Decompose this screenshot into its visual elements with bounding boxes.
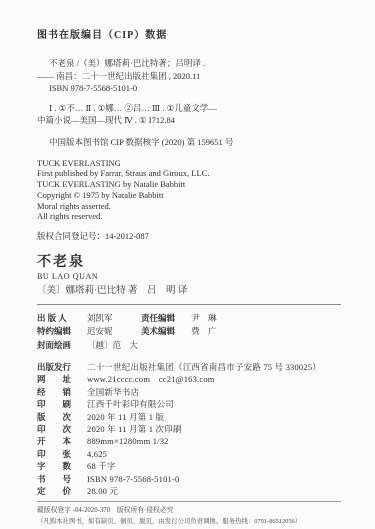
info-value: 4.625 <box>87 448 341 460</box>
provincial-license-line: 赣版权登字 -04-2020-370 版权所有·侵权必究 <box>37 505 341 516</box>
info-label: 网 址 <box>37 373 87 385</box>
credit-label: 责任编辑 <box>141 312 191 325</box>
footer-divider <box>37 501 341 502</box>
title-block: 不老泉 BU LAO QUAN 〔美〕娜塔莉·巴比特 著 吕 明 译 <box>37 255 341 298</box>
credit-value: 尹 琳 <box>191 312 341 325</box>
credit-label: 封面绘画 <box>37 339 87 352</box>
cip-classification: Ⅰ . ①不… Ⅱ . ①娜… ②吕… Ⅲ . ①儿童文学— 中篇小说—美国—现… <box>37 102 341 127</box>
info-label: 书 号 <box>37 473 87 485</box>
credit-row: 封面绘画 〔越〕范 大 <box>37 339 341 352</box>
all-rights-line: All rights reserved. <box>37 211 341 222</box>
book-title: 不老泉 <box>37 255 341 271</box>
info-value: ISBN 978-7-5568-5101-0 <box>87 473 341 485</box>
info-row: 定 价 28.00 元 <box>37 485 341 497</box>
info-value: 889mm×1280mm 1/32 <box>87 435 341 447</box>
cip-class-line2: 中篇小说—美国—现代 Ⅳ . ① I712.84 <box>37 114 341 127</box>
cip-entry-line1: 不老泉 /（美）娜塔莉·巴比特著；吕明译 . <box>37 57 341 70</box>
cip-class-line1: Ⅰ . ①不… Ⅱ . ①娜… ②吕… Ⅲ . ①儿童文学— <box>37 102 341 115</box>
author-translator-byline: 〔美〕娜塔莉·巴比特 著 吕 明 译 <box>37 284 341 298</box>
info-label: 出版发行 <box>37 361 87 373</box>
info-row: 书 号 ISBN 978-7-5568-5101-0 <box>37 473 341 485</box>
cip-entry-line2: —— 南昌：二十一世纪出版社集团 , 2020.11 <box>37 70 341 83</box>
info-label: 版 次 <box>37 411 87 423</box>
info-label: 字 数 <box>37 460 87 472</box>
info-row: 字 数 68 千字 <box>37 460 341 472</box>
original-title: TUCK EVERLASTING <box>37 158 341 169</box>
info-value: 68 千字 <box>87 460 341 472</box>
info-value: www.21cccc.com cc21@163.com <box>87 373 341 385</box>
info-label: 开 本 <box>37 435 87 447</box>
original-title-author-line: TUCK EVERLASTING by Natalie Babbitt <box>37 179 341 190</box>
cip-entry-line3: ISBN 978-7-5568-5101-0 <box>37 82 341 95</box>
info-row: 印 刷 江西千叶彩印有限公司 <box>37 398 341 410</box>
info-value: 2020 年 11 月第 1 次印刷 <box>87 423 341 435</box>
english-copyright-block: TUCK EVERLASTING First published by Farr… <box>37 158 341 223</box>
credit-value: 刘凯军 <box>87 312 139 325</box>
credit-value <box>191 339 341 352</box>
info-value: 2020 年 11 月第 1 版 <box>87 411 341 423</box>
credits-table: 出 版 人 刘凯军 责任编辑 尹 琳 特约编辑 迟安妮 美术编辑 费 广 封面绘… <box>37 312 341 352</box>
info-row: 版 次 2020 年 11 月第 1 版 <box>37 411 341 423</box>
first-published-line: First published by Farrar, Straus and Gi… <box>37 168 341 179</box>
credit-row: 出 版 人 刘凯军 责任编辑 尹 琳 <box>37 312 341 325</box>
info-row: 网 址 www.21cccc.com cc21@163.com <box>37 373 341 385</box>
info-label: 印 次 <box>37 423 87 435</box>
credit-value: 〔越〕范 大 <box>87 339 139 352</box>
credit-value: 费 广 <box>191 325 341 338</box>
credit-value: 迟安妮 <box>87 325 139 338</box>
section-divider <box>37 304 341 305</box>
replacement-service-notice: （凡购本社图书，如有缺页、倒页、脱页，由发行公司负责调换。服务热线：0791-8… <box>37 517 341 527</box>
cip-header: 图书在版编目（CIP）数据 <box>37 26 341 41</box>
copyright-page: 图书在版编目（CIP）数据 不老泉 /（美）娜塔莉·巴比特著；吕明译 . —— … <box>0 0 375 529</box>
cip-entry: 不老泉 /（美）娜塔莉·巴比特著；吕明译 . —— 南昌：二十一世纪出版社集团 … <box>37 57 341 95</box>
info-label: 定 价 <box>37 485 87 497</box>
footer-block: 赣版权登字 -04-2020-370 版权所有·侵权必究 （凡购本社图书，如有缺… <box>37 505 341 527</box>
info-row: 印 张 4.625 <box>37 448 341 460</box>
info-row: 经 销 全国新华书店 <box>37 386 341 398</box>
cip-record-number: 中国版本图书馆 CIP 数据核字 (2020) 第 159651 号 <box>37 136 341 148</box>
info-value: 28.00 元 <box>87 485 341 497</box>
credit-label: 特约编辑 <box>37 325 87 338</box>
moral-rights-line: Moral rights asserted. <box>37 201 341 212</box>
info-label: 经 销 <box>37 386 87 398</box>
info-label: 印 张 <box>37 448 87 460</box>
credit-label: 出 版 人 <box>37 312 87 325</box>
copyright-line: Copyright © 1975 by Natalie Babbitt <box>37 190 341 201</box>
publishing-info-table: 出版发行 二十一世纪出版社集团（江西省南昌市子安路 75 号 330025） 网… <box>37 361 341 497</box>
registration-number: 版权合同登记号：14-2012-087 <box>37 230 341 242</box>
info-value: 二十一世纪出版社集团（江西省南昌市子安路 75 号 330025） <box>87 361 341 373</box>
credit-label: 美术编辑 <box>141 325 191 338</box>
info-label: 印 刷 <box>37 398 87 410</box>
info-row: 出版发行 二十一世纪出版社集团（江西省南昌市子安路 75 号 330025） <box>37 361 341 373</box>
info-value: 江西千叶彩印有限公司 <box>87 398 341 410</box>
book-title-pinyin: BU LAO QUAN <box>37 271 341 282</box>
credit-row: 特约编辑 迟安妮 美术编辑 费 广 <box>37 325 341 338</box>
credit-label <box>141 339 191 352</box>
info-value: 全国新华书店 <box>87 386 341 398</box>
info-row: 印 次 2020 年 11 月第 1 次印刷 <box>37 423 341 435</box>
info-row: 开 本 889mm×1280mm 1/32 <box>37 435 341 447</box>
